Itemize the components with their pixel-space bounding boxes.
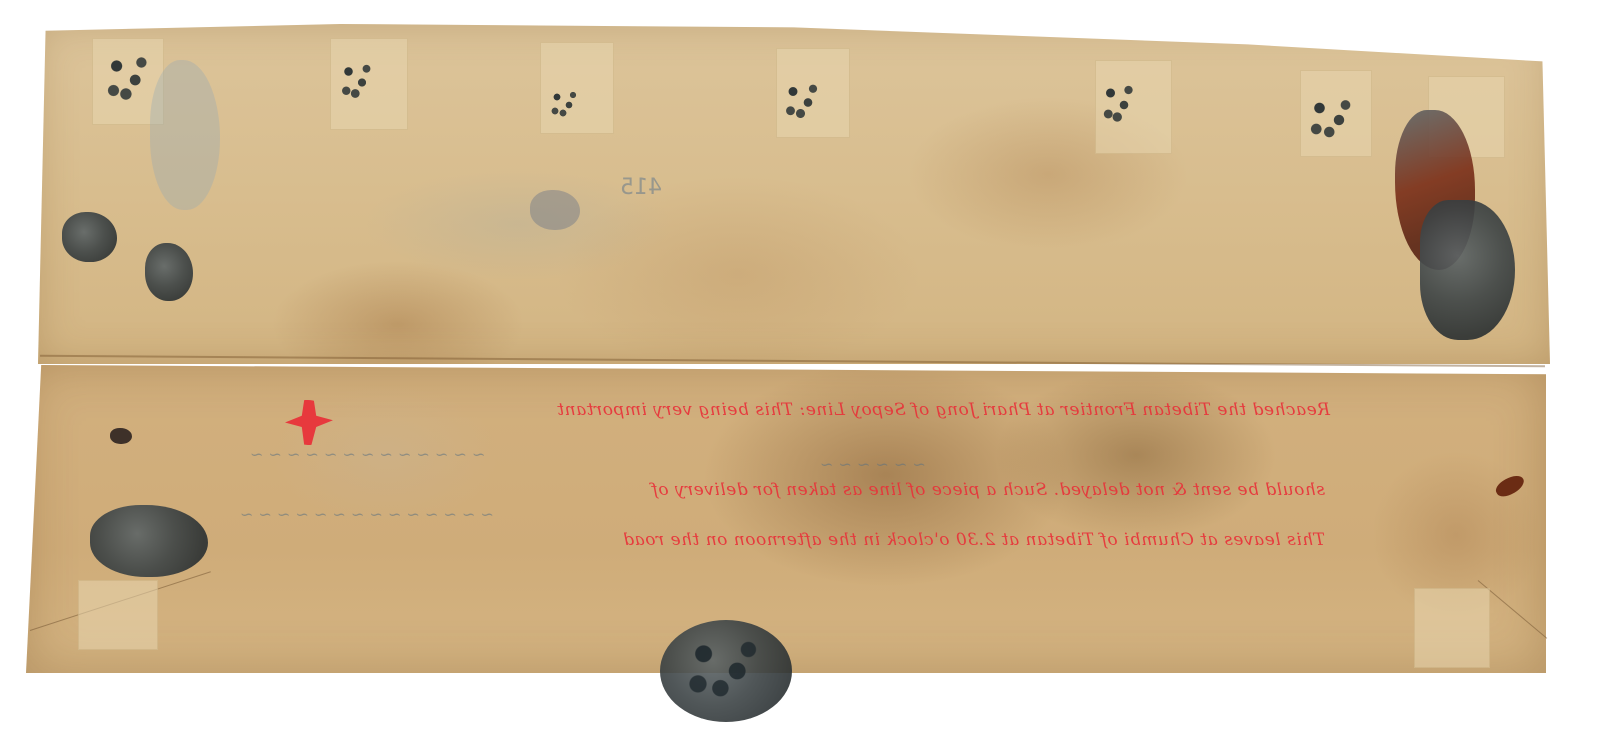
ink-smudge — [778, 75, 828, 130]
pencil-line-1: ~ ~ ~ ~ ~ ~ ~ ~ ~ ~ ~ ~ ~ — [250, 445, 485, 464]
wax-fragment — [110, 428, 132, 444]
ink-smudge — [1300, 90, 1365, 150]
pencil-number: 415 — [620, 175, 662, 200]
red-ink-line-1: Reached the Tibetan Frontier at Phari Jo… — [330, 400, 1330, 420]
red-ink-line-2: should be sent & not delayed. Such a pie… — [215, 480, 1325, 500]
red-ink-line-3: This leaves at Chumbi of Tibetan at 2.30… — [215, 530, 1325, 550]
pencil-line-3: ~ ~ ~ ~ ~ ~ — [820, 455, 926, 474]
wax-seal — [145, 243, 193, 301]
tape-strip — [1414, 588, 1490, 668]
ink-smudge — [1097, 75, 1142, 135]
wax-seal — [1420, 200, 1515, 340]
ink-smudge — [335, 55, 380, 110]
tape-strip — [78, 580, 158, 650]
ink-smudge — [545, 85, 585, 125]
pencil-line-2: ~ ~ ~ ~ ~ ~ ~ ~ ~ ~ ~ ~ ~ ~ — [240, 505, 494, 524]
wax-seal — [90, 505, 208, 577]
wax-seal — [62, 212, 117, 262]
faded-patch — [530, 190, 580, 230]
seal-texture — [670, 628, 782, 714]
